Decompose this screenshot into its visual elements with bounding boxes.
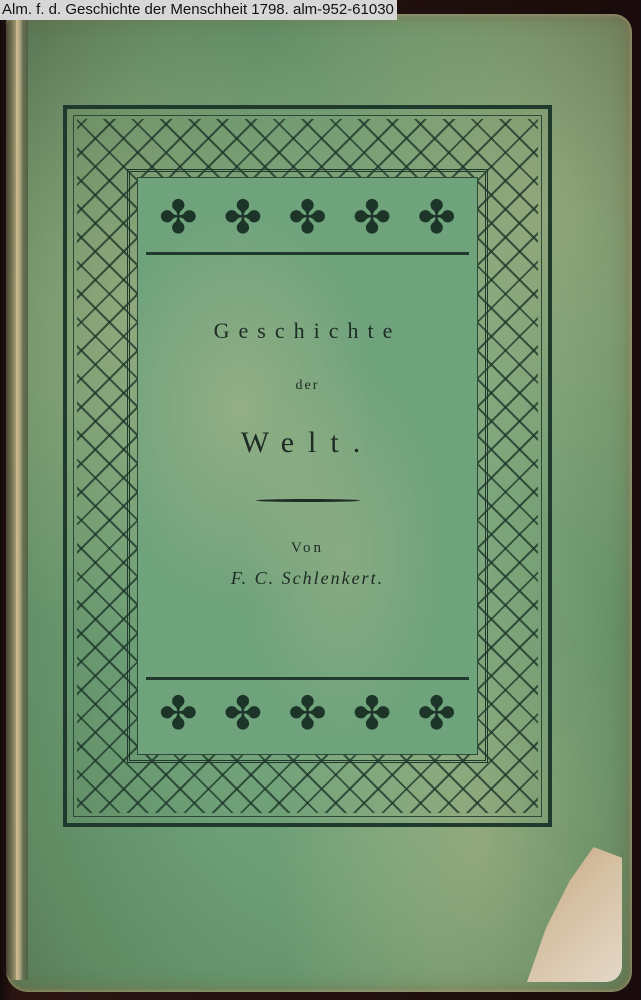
decorative-rule bbox=[256, 499, 360, 502]
book-cover: ✤ ✤ ✤ ✤ ✤ Geschichte der Welt. Von F. C.… bbox=[6, 14, 632, 992]
floral-ornament-icon: ✤ bbox=[215, 190, 271, 246]
title-line-2: der bbox=[138, 378, 477, 394]
floral-ornament-icon: ✤ bbox=[279, 190, 335, 246]
floral-ornament-icon: ✤ bbox=[150, 686, 206, 742]
author-name: F. C. Schlenkert. bbox=[138, 568, 477, 589]
floral-ornament-icon: ✤ bbox=[409, 686, 465, 742]
worn-corner bbox=[527, 847, 622, 982]
floral-ornament-icon: ✤ bbox=[215, 686, 271, 742]
floral-ornament-icon: ✤ bbox=[279, 686, 335, 742]
byline-prefix: Von bbox=[138, 540, 477, 557]
title-line-3: Welt. bbox=[138, 426, 477, 460]
floral-ornament-icon: ✤ bbox=[344, 190, 400, 246]
floral-ornament-icon: ✤ bbox=[344, 686, 400, 742]
image-caption: Alm. f. d. Geschichte der Menschheit 179… bbox=[0, 0, 397, 20]
floral-band-top: ✤ ✤ ✤ ✤ ✤ bbox=[146, 184, 469, 255]
title-panel: ✤ ✤ ✤ ✤ ✤ Geschichte der Welt. Von F. C.… bbox=[137, 177, 478, 755]
floral-band-bottom: ✤ ✤ ✤ ✤ ✤ bbox=[146, 677, 469, 748]
floral-ornament-icon: ✤ bbox=[409, 190, 465, 246]
spine-crease bbox=[16, 20, 22, 980]
title-line-1: Geschichte bbox=[138, 318, 477, 344]
ornamental-frame: ✤ ✤ ✤ ✤ ✤ Geschichte der Welt. Von F. C.… bbox=[63, 105, 552, 827]
floral-ornament-icon: ✤ bbox=[150, 190, 206, 246]
